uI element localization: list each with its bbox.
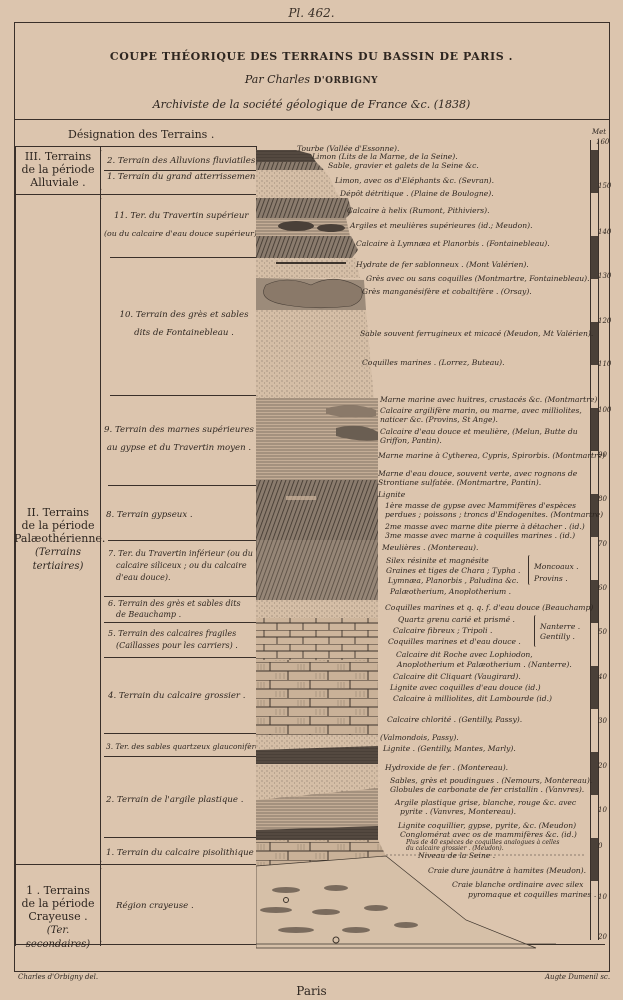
draftsman-credit: Charles d'Orbigny del.	[18, 973, 98, 981]
scale-tick: 20	[598, 762, 607, 770]
layer-label: Sables, grès et poudingues . (Nemours, M…	[390, 776, 592, 785]
engraver-credit: Augte Dumenil sc.	[545, 973, 610, 981]
column-header: Désignation des Terrains .	[68, 128, 214, 141]
scale-tick: 40	[598, 673, 607, 681]
layer-label: Calcaire argilifère marin, ou marne, ave…	[380, 406, 582, 415]
scale-bar	[591, 150, 598, 910]
locality-label: Moncoaux .	[534, 562, 579, 571]
sep	[104, 170, 256, 171]
terrain-label: 5. Terrain des calcaires fragiles	[108, 628, 238, 640]
layer-label: Lignite avec coquilles d'eau douce (id.)	[390, 683, 541, 692]
layer-label: Marne marine avec huitres, crustacés &c.…	[380, 395, 597, 404]
terrain-6: 6. Terrain des grès et sables dits de Be…	[108, 598, 241, 620]
layer-label: Meulières . (Montereau).	[382, 543, 478, 552]
layer-label: Calcaire chlorité . (Gentilly, Passy).	[387, 715, 522, 724]
layer-label: perdues ; poissons ; troncs d'Endogenite…	[385, 510, 603, 519]
sep	[110, 257, 256, 258]
terrain-7: 7. Ter. du Travertin inférieur (ou du ca…	[108, 548, 253, 584]
period-line3: Alluviale .	[16, 176, 100, 189]
terrain-label: 10. Terrain des grès et sables	[114, 309, 254, 321]
scale-tick: 110	[598, 360, 611, 368]
layer-label: Hydrate de fer sablonneux . (Mont Valéri…	[356, 260, 529, 269]
layer-label: (Valmondois, Passy).	[380, 733, 459, 742]
layer-label: Argiles et meulières supérieures (id.; M…	[350, 221, 533, 230]
terrain-label2: calcaire siliceux ; ou du calcaire	[108, 560, 253, 572]
sep	[104, 837, 256, 838]
period-name: 1 . Terrains	[16, 884, 100, 897]
layer-label: Lignite	[378, 490, 405, 499]
brace-tertiary	[100, 198, 104, 862]
scale-tick: 140	[598, 228, 611, 236]
scale-tick: 160	[596, 138, 609, 146]
layer-label: Limon (Lits de la Marne, de la Seine).	[312, 152, 458, 161]
frame-bottom	[14, 971, 610, 972]
terrain-11: 11. Ter. du Travertin supérieur (ou du c…	[104, 210, 257, 240]
scale-tick: 120	[598, 317, 611, 325]
period-line2: de la période	[16, 163, 100, 176]
terrain-8: 8. Terrain gypseux .	[106, 509, 193, 521]
layer-label: Dépôt détritique . (Plaine de Boulogne).	[340, 189, 494, 198]
terrain-3: 3. Ter. des sables quartzeux glauconifèr…	[106, 741, 268, 753]
terrain-5: 5. Terrain des calcaires fragiles (Caill…	[108, 628, 238, 652]
layer-label: Coquilles marines et d'eau douce .	[388, 637, 521, 646]
layer-label: Anoplotherium et Palæotherium . (Nanterr…	[397, 660, 572, 669]
sep	[104, 657, 256, 658]
layer-label: Lymnæa, Planorbis , Paludina &c.	[388, 576, 519, 585]
author-prefix: Par Charles	[245, 73, 310, 86]
period-line2: de la période	[16, 897, 100, 910]
layer-label: Palæotherium, Anoplotherium .	[390, 587, 511, 596]
author-name: D'ORBIGNY	[314, 76, 379, 86]
layer-label: Calcaire fibreux ; Tripoli .	[393, 626, 492, 635]
scale-tick: 20	[598, 933, 607, 941]
layer-label: Sable, gravier et galets de la Seine &c.	[328, 161, 479, 170]
period-line2: de la période	[14, 519, 102, 532]
terrain-craie: Région crayeuse .	[116, 900, 194, 912]
terrain-alluvions: 2. Terrain des Alluvions fluviatiles .	[107, 155, 261, 167]
row-tertiary-end	[15, 864, 257, 865]
terrain-9: 9. Terrain des marnes supérieures au gyp…	[104, 424, 254, 454]
seine-level-label: Niveau de la Seine .	[418, 851, 495, 860]
scale-tick: 80	[598, 495, 607, 503]
subtitle: Archiviste de la société géologique de F…	[0, 98, 623, 111]
layer-label: Quartz grenu carié et prismé .	[398, 615, 515, 624]
period-note: (Terrains tertiaires)	[33, 547, 84, 572]
scale-tick: 100	[598, 406, 611, 414]
scale-tick: 10	[598, 893, 607, 901]
plate-number: Pl. 462.	[0, 6, 623, 20]
layer-label: Limon, avec os d'Eléphants &c. (Sevran).	[335, 176, 494, 185]
sep	[104, 756, 256, 757]
brace-cretaceous	[100, 868, 104, 942]
brace-alluvial	[100, 150, 104, 190]
scale-tick: 50	[598, 628, 607, 636]
layer-label: Craie dure jaunâtre à hamites (Meudon).	[428, 866, 586, 875]
terrain-label2: au gypse et du Travertin moyen .	[104, 442, 254, 454]
layer-label: Lignite . (Gentilly, Mantes, Marly).	[383, 744, 516, 753]
terrain-4: 4. Terrain du calcaire grossier .	[108, 690, 246, 702]
layer-label: Coquilles marines et q. q. f. d'eau douc…	[385, 603, 593, 612]
layer-label: 3me masse avec marne à coquilles marines…	[385, 531, 575, 540]
row-alluvial-end	[15, 194, 257, 195]
layer-label: 2me masse avec marne dite pierre à détac…	[385, 522, 585, 531]
layer-label: 1ère masse de gypse avec Mammifères d'es…	[385, 501, 576, 510]
layer-label: Marne d'eau douce, souvent verte, avec r…	[378, 469, 577, 478]
period-line3: Crayeuse .	[16, 910, 100, 923]
terrain-label2: (ou du calcaire d'eau douce supérieur)	[104, 228, 257, 240]
period-name: III. Terrains	[16, 150, 100, 163]
layer-label: Globules de carbonate de fer cristallin …	[390, 785, 584, 794]
layer-label: Coquilles marines . (Lorrez, Buteau).	[362, 358, 505, 367]
layer-label: pyromaque et coquilles marines .	[468, 890, 596, 899]
terrain-10: 10. Terrain des grès et sables dits de F…	[114, 309, 254, 339]
locality-brace	[534, 615, 538, 647]
layer-label: Argile plastique grise, blanche, rouge &…	[395, 798, 576, 807]
terrain-label: 6. Terrain des grès et sables dits	[108, 598, 241, 609]
layer-label: Silex résinite et magnésite	[386, 556, 489, 565]
locality-label: Gentilly .	[540, 632, 575, 641]
layer-label: pyrite . (Vanvres, Montereau).	[400, 807, 516, 816]
chart-title: COUPE THÉORIQUE DES TERRAINS DU BASSIN D…	[0, 50, 623, 63]
sep	[104, 622, 256, 623]
header-divider	[14, 119, 610, 120]
period-line3: Palæothérienne.	[14, 532, 102, 545]
period-alluvial: III. Terrains de la période Alluviale .	[16, 150, 100, 189]
locality-label: Nanterre .	[540, 622, 580, 631]
period-name: II. Terrains	[14, 506, 102, 519]
scale-tick: 30	[598, 717, 607, 725]
layer-label: Hydroxide de fer . (Montereau).	[385, 763, 508, 772]
scale-tick: 150	[598, 182, 611, 190]
scale-tick: 70	[598, 540, 607, 548]
city-label: Paris	[0, 984, 623, 998]
terrain-label2: (Caillasses pour les carriers) .	[108, 640, 238, 652]
layer-label: Craie blanche ordinaire avec silex	[452, 880, 583, 889]
layer-label: naticer &c. (Provins, St Ange).	[380, 415, 498, 424]
terrain-label3: d'eau douce).	[108, 572, 253, 584]
scale-tick: 130	[598, 272, 611, 280]
layer-label: Calcaire à Lymnæa et Planorbis . (Fontai…	[356, 239, 550, 248]
period-cretaceous: 1 . Terrains de la période Crayeuse . (T…	[16, 884, 100, 951]
terrain-label: 11. Ter. du Travertin supérieur	[104, 210, 257, 222]
layer-label: Griffon, Pantin).	[380, 436, 442, 445]
layer-label: Graines et tiges de Chara ; Typha .	[386, 566, 520, 575]
layer-label: Sable souvent ferrugineux et micacé (Meu…	[360, 329, 593, 338]
sep	[110, 395, 256, 396]
terrain-label2: dits de Fontainebleau .	[114, 327, 254, 339]
layer-label: Calcaire dit Roche avec Lophiodon,	[396, 650, 533, 659]
scale-unit-label: Met	[592, 128, 606, 136]
layer-label: Marne marine à Cytherea, Cypris, Spirorb…	[378, 451, 605, 460]
sep	[108, 485, 256, 486]
layer-label: Grès avec ou sans coquilles (Montmartre,…	[366, 274, 590, 283]
period-note: (Ter. secondaires)	[26, 925, 90, 950]
scale-tick: 10	[598, 806, 607, 814]
layer-label: Lignite coquillier, gypse, pyrite, &c. (…	[398, 821, 576, 830]
terrain-1: 1. Terrain du calcaire pisolithique .	[106, 847, 259, 859]
sep	[108, 540, 256, 541]
sep	[104, 733, 256, 734]
layer-label: Calcaire à milliolites, dit Lambourde (i…	[393, 694, 552, 703]
locality-brace	[528, 555, 532, 585]
terrain-label: 9. Terrain des marnes supérieures	[104, 424, 254, 436]
terrain-label: 7. Ter. du Travertin inférieur (ou du	[108, 548, 253, 560]
sep	[104, 596, 256, 597]
terrain-2: 2. Terrain de l'argile plastique .	[106, 794, 243, 806]
author-line: Par Charles D'ORBIGNY	[0, 73, 623, 86]
scale-tick-zero: 0	[598, 842, 602, 850]
row-top	[15, 146, 257, 147]
layer-label: Calcaire d'eau douce et meulière, (Melun…	[380, 427, 578, 436]
layer-label: Grès manganésifère et cobaltifère . (Ors…	[362, 287, 532, 296]
terrain-label2: de Beauchamp .	[108, 609, 241, 620]
layer-label: Calcaire à helix (Rumont, Pithiviers).	[347, 206, 490, 215]
frame-top	[14, 22, 610, 23]
locality-label: Provins .	[534, 574, 568, 583]
period-palaeotherian: II. Terrains de la période Palæothérienn…	[14, 506, 102, 573]
layer-label: Calcaire dit Cliquart (Vaugirard).	[393, 672, 521, 681]
layer-label: Strontiane sulfatée. (Montmartre, Pantin…	[378, 478, 541, 487]
scale-tick: 60	[598, 584, 607, 592]
